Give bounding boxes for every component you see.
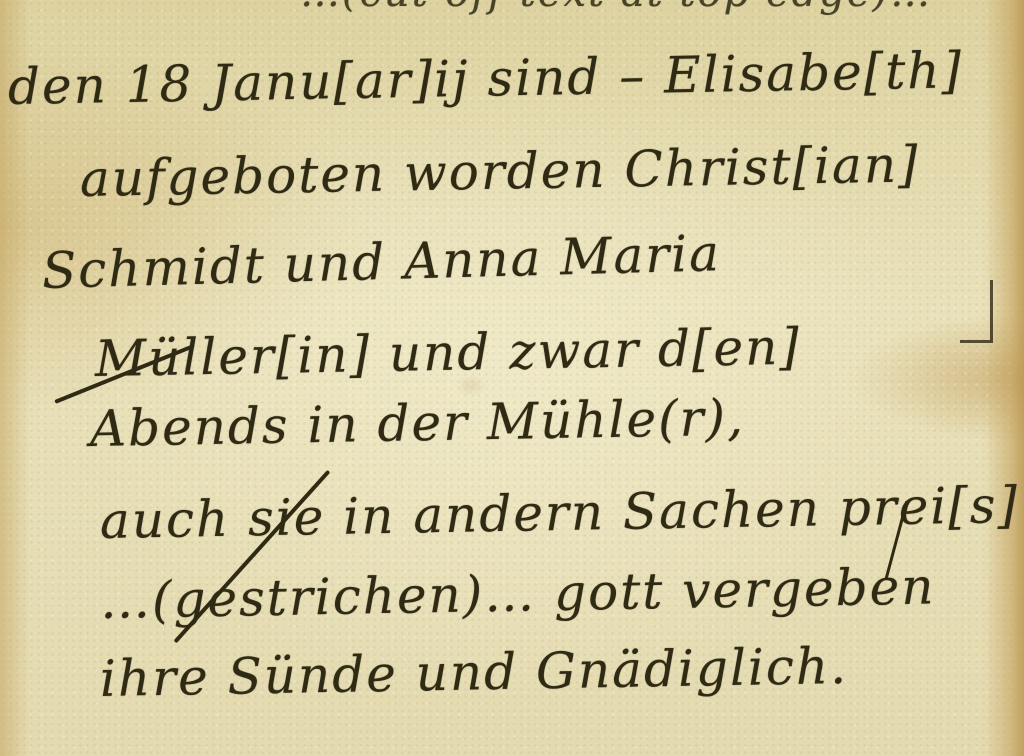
manuscript-line-1: den 18 Janu[ar]ij sind – Elisabe[th]: [7, 41, 963, 116]
manuscript-line-6: auch sie in andern Sachen prei[s]: [99, 476, 1019, 550]
manuscript-line-7: …(gestrichen)… gott vergeben: [99, 557, 935, 630]
manuscript-line-4: Müller[in] und zwar d[en]: [94, 318, 801, 388]
manuscript-text-block: …(cut-off text at top edge)… den 18 Janu…: [0, 0, 1024, 756]
manuscript-line-3: Schmidt und Anna Maria: [41, 224, 721, 300]
margin-bracket-mark: [960, 280, 993, 343]
manuscript-line-5: Abends in der Mühle(r),: [89, 389, 745, 458]
manuscript-line-8: ihre Sünde und Gnädiglich.: [99, 637, 848, 708]
manuscript-line-0: …(cut-off text at top edge)…: [300, 0, 932, 16]
manuscript-line-2: aufgeboten worden Christ[ian]: [79, 135, 920, 208]
